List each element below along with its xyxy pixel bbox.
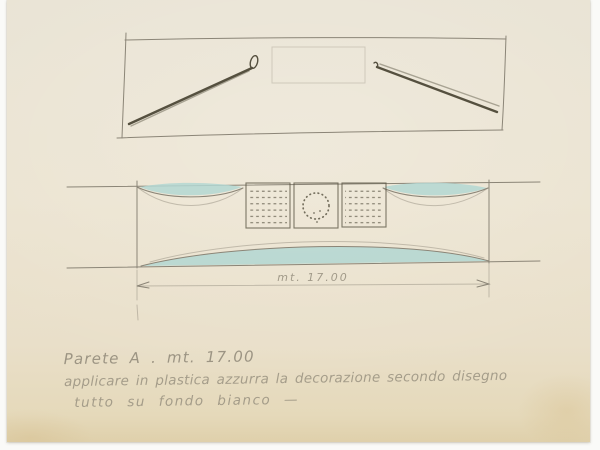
sketch-left-edge	[122, 33, 126, 138]
panel-right	[342, 183, 386, 227]
panel-center	[294, 183, 338, 228]
sketch-right-edge	[502, 36, 506, 130]
swag-right	[383, 183, 488, 206]
panel-left	[246, 183, 290, 228]
ring-motif	[303, 193, 329, 219]
arrow-right	[477, 280, 489, 287]
swag-left	[137, 183, 243, 206]
right-garland-stroke	[374, 62, 499, 112]
dimension-label: mt. 17.00	[277, 271, 349, 284]
arrow-left	[137, 282, 149, 288]
sketch-bottom-edge	[117, 130, 503, 138]
top-sketch	[117, 33, 506, 138]
scan-background: mt. 17.00 Parete A . mt. 17.00 applicare…	[0, 0, 600, 450]
center-panel-outline	[272, 47, 365, 83]
elevation-drawing: mt. 17.00	[67, 180, 540, 320]
dimension-line	[137, 284, 489, 286]
sketch-top-edge	[125, 38, 506, 40]
left-garland-stroke	[129, 55, 259, 126]
extension-line-left	[137, 270, 138, 320]
handwritten-notes: Parete A . mt. 17.00 applicare in plasti…	[64, 343, 508, 414]
